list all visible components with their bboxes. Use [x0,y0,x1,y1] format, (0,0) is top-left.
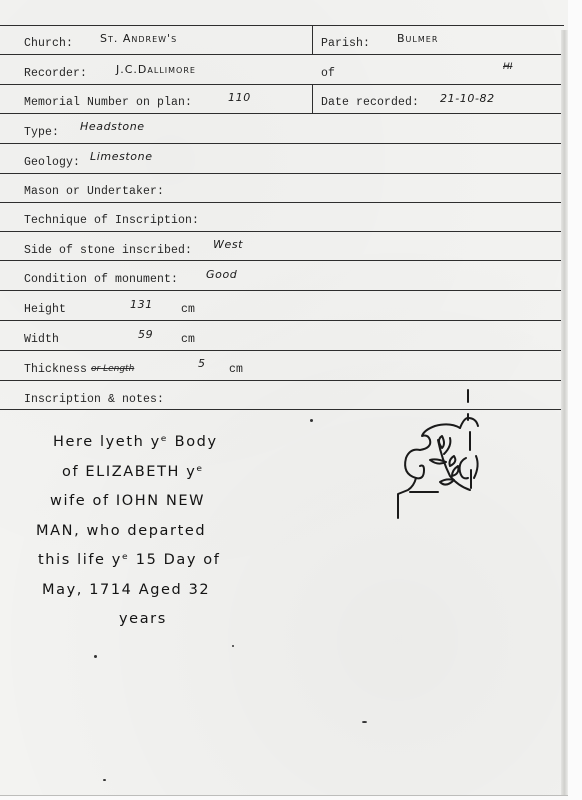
side-inscribed-label: Side of stone inscribed: [24,244,192,257]
rule [0,84,564,85]
column-divider [312,84,313,113]
rule [0,54,564,55]
inscription-notes-label: Inscription & notes: [24,393,164,406]
page-edge-shadow [561,30,568,800]
parish-label: Parish: [321,37,370,50]
inscription-line: MAN, who departed [36,517,296,547]
rule-top [0,25,564,26]
height-label: Height [24,303,66,316]
recorder-label: Recorder: [24,67,87,80]
inscription-line: this life yᵉ 15 Day of [36,546,296,576]
church-value: St. Andrew's [100,32,177,45]
type-label: Type: [24,126,59,139]
inscription-line: wife of IOHN NEW [36,487,296,517]
page-bottom-edge [0,795,568,800]
inscription-line: years [36,605,296,635]
of-struck-mark: HI [503,62,512,72]
speck [232,645,234,647]
rule [0,202,564,203]
width-value: 59 [138,328,153,341]
rule [0,260,564,261]
speck [103,779,106,781]
thickness-unit: cm [229,363,243,376]
condition-label: Condition of monument: [24,273,178,286]
column-divider [312,25,313,54]
church-label: Church: [24,37,73,50]
height-unit: cm [181,303,195,316]
side-inscribed-value: West [213,238,243,251]
rule [0,290,564,291]
memorial-number-label: Memorial Number on plan: [24,96,192,109]
width-label: Width [24,333,59,346]
rule [0,231,564,232]
scan-margin [568,0,582,800]
inscription-line: Here lyeth yᵉ Body [36,428,296,458]
technique-label: Technique of Inscription: [24,214,199,227]
speck [94,655,97,658]
date-recorded-value: 21-10-82 [440,92,495,105]
thickness-label: Thickness [24,363,87,376]
rule [0,113,564,114]
speck [310,419,313,422]
height-value: 131 [130,298,153,311]
date-recorded-label: Date recorded: [321,96,419,109]
geology-value: Limestone [90,150,153,163]
rule [0,173,564,174]
of-label: of [321,67,335,80]
rule [0,143,564,144]
inscription-text: Here lyeth yᵉ Body of ELIZABETH yᵉ wife … [36,428,296,635]
record-sheet: Church: St. Andrew's Parish: Bulmer Reco… [0,0,568,800]
inscription-line: of ELIZABETH yᵉ [36,458,296,488]
rule [0,350,564,351]
rule [0,320,564,321]
memorial-number-value: 110 [228,91,251,104]
recorder-value: J.C.Dallimore [116,63,196,76]
condition-value: Good [206,268,237,281]
inscription-line: May, 1714 Aged 32 [36,576,296,606]
headstone-ornament-sketch-icon [380,370,510,530]
type-value: Headstone [80,120,145,133]
mason-label: Mason or Undertaker: [24,185,164,198]
speck [362,721,367,723]
thickness-value: 5 [198,357,206,370]
parish-value: Bulmer [397,32,438,45]
geology-label: Geology: [24,156,80,169]
width-unit: cm [181,333,195,346]
thickness-struck-text: or Length [91,364,134,374]
